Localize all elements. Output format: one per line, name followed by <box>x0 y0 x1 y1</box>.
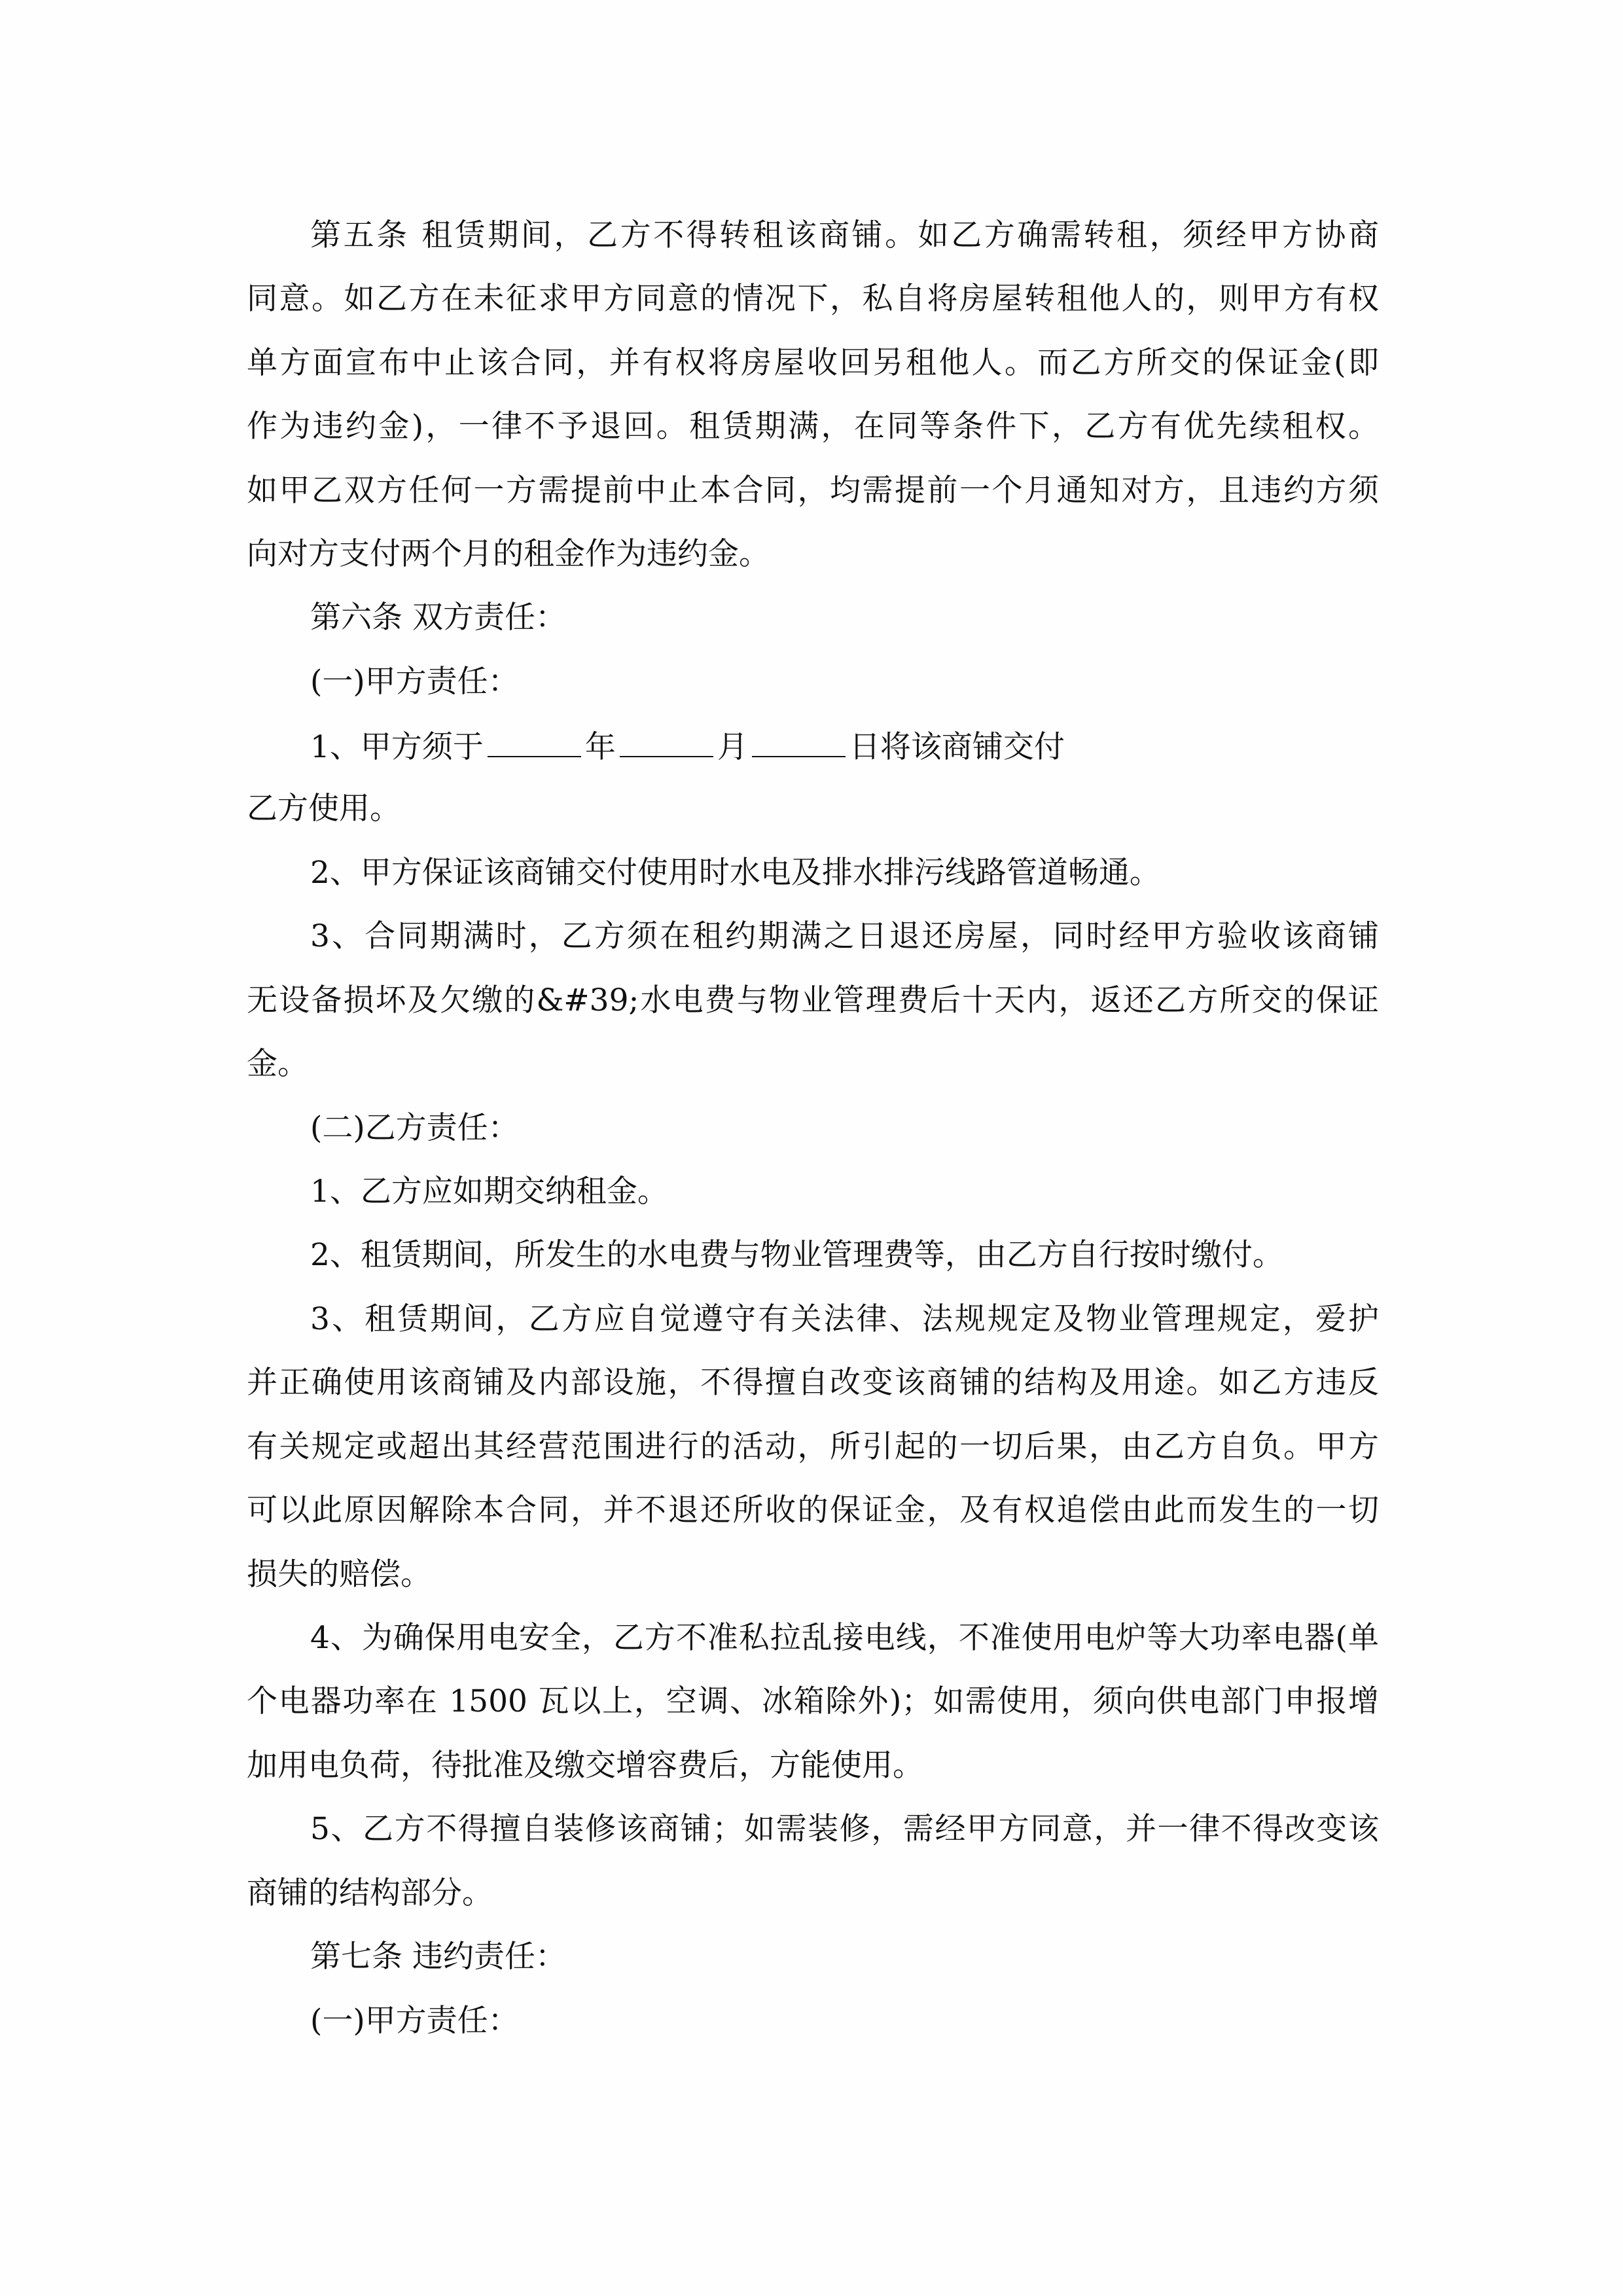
party-b-item-1: 1、乙方应如期交纳租金。 <box>310 1172 1379 1211</box>
month-label: 月 <box>717 729 748 765</box>
party-b-heading: (二)乙方责任： <box>310 1109 1379 1148</box>
article5-line-4: 作为违约金)，一律不予退回。租赁期满，在同等条件下，乙方有优先续租权。 <box>247 407 1379 446</box>
article6-heading: 第六条 双方责任： <box>310 598 1379 637</box>
party-b-item-4-line-1: 4、为确保用电安全，乙方不准私拉乱接电线，不准使用电炉等大功率电器(单 <box>310 1619 1379 1658</box>
party-b-item-5-line-1: 5、乙方不得擅自装修该商铺；如需装修，需经甲方同意，并一律不得改变该 <box>310 1810 1379 1849</box>
article5-line-5: 如甲乙双方任何一方需提前中止本合同，均需提前一个月通知对方，且违约方须 <box>247 471 1379 511</box>
party-b-item-3-line-4: 可以此原因解除本合同，并不退还所收的保证金，及有权追偿由此而发生的一切 <box>247 1491 1379 1530</box>
article7-heading: 第七条 违约责任： <box>310 1937 1379 1977</box>
party-a-item-2: 2、甲方保证该商铺交付使用时水电及排水排污线路管道畅通。 <box>310 853 1379 893</box>
month-blank[interactable] <box>620 726 713 757</box>
party-b-item-2: 2、租赁期间，所发生的水电费与物业管理费等，由乙方自行按时缴付。 <box>310 1236 1379 1275</box>
party-b-item-3-line-1: 3、租赁期间，乙方应自觉遵守有关法律、法规规定及物业管理规定，爱护 <box>310 1300 1379 1339</box>
day-blank[interactable] <box>752 726 846 757</box>
party-a-item-1-continuation: 乙方使用。 <box>247 789 1379 829</box>
article7-party-a-heading: (一)甲方责任： <box>310 2001 1379 2041</box>
party-a-heading: (一)甲方责任： <box>310 662 1379 702</box>
year-label: 年 <box>585 729 616 765</box>
party-b-item-3-line-2: 并正确使用该商铺及内部设施，不得擅自改变该商铺的结构及用途。如乙方违反 <box>247 1363 1379 1403</box>
article5-line-3: 单方面宣布中止该合同，并有权将房屋收回另租他人。而乙方所交的保证金(即 <box>247 344 1379 383</box>
party-b-item-3-line-5: 损失的赔偿。 <box>247 1555 1379 1594</box>
article5-line-1: 第五条 租赁期间，乙方不得转租该商铺。如乙方确需转租，须经甲方协商 <box>310 216 1379 255</box>
article5-line-6: 向对方支付两个月的租金作为违约金。 <box>247 535 1379 574</box>
year-blank[interactable] <box>488 726 581 757</box>
party-b-item-4-line-3: 加用电负荷，待批准及缴交增容费后，方能使用。 <box>247 1746 1379 1785</box>
article5-line-2: 同意。如乙方在未征求甲方同意的情况下，私自将房屋转租他人的，则甲方有权 <box>247 279 1379 319</box>
party-a-item-1: 1、甲方须于年月日将该商铺交付 <box>310 726 1379 765</box>
party-a-item-3-line-3: 金。 <box>247 1045 1379 1084</box>
day-suffix: 日将该商铺交付 <box>849 729 1065 765</box>
party-b-item-4-line-2: 个电器功率在 1500 瓦以上，空调、冰箱除外)；如需使用，须向供电部门申报增 <box>247 1682 1379 1721</box>
item1-prefix: 1、甲方须于 <box>310 729 484 765</box>
party-b-item-5-line-2: 商铺的结构部分。 <box>247 1874 1379 1913</box>
party-a-item-3-line-2: 无设备损坏及欠缴的&#39;水电费与物业管理费后十天内，返还乙方所交的保证 <box>247 981 1379 1020</box>
party-b-item-3-line-3: 有关规定或超出其经营范围进行的活动，所引起的一切后果，由乙方自负。甲方 <box>247 1427 1379 1467</box>
party-a-item-3-line-1: 3、合同期满时，乙方须在租约期满之日退还房屋，同时经甲方验收该商铺 <box>310 917 1379 956</box>
contract-page: 第五条 租赁期间，乙方不得转租该商铺。如乙方确需转租，须经甲方协商 同意。如乙方… <box>0 0 1623 2296</box>
